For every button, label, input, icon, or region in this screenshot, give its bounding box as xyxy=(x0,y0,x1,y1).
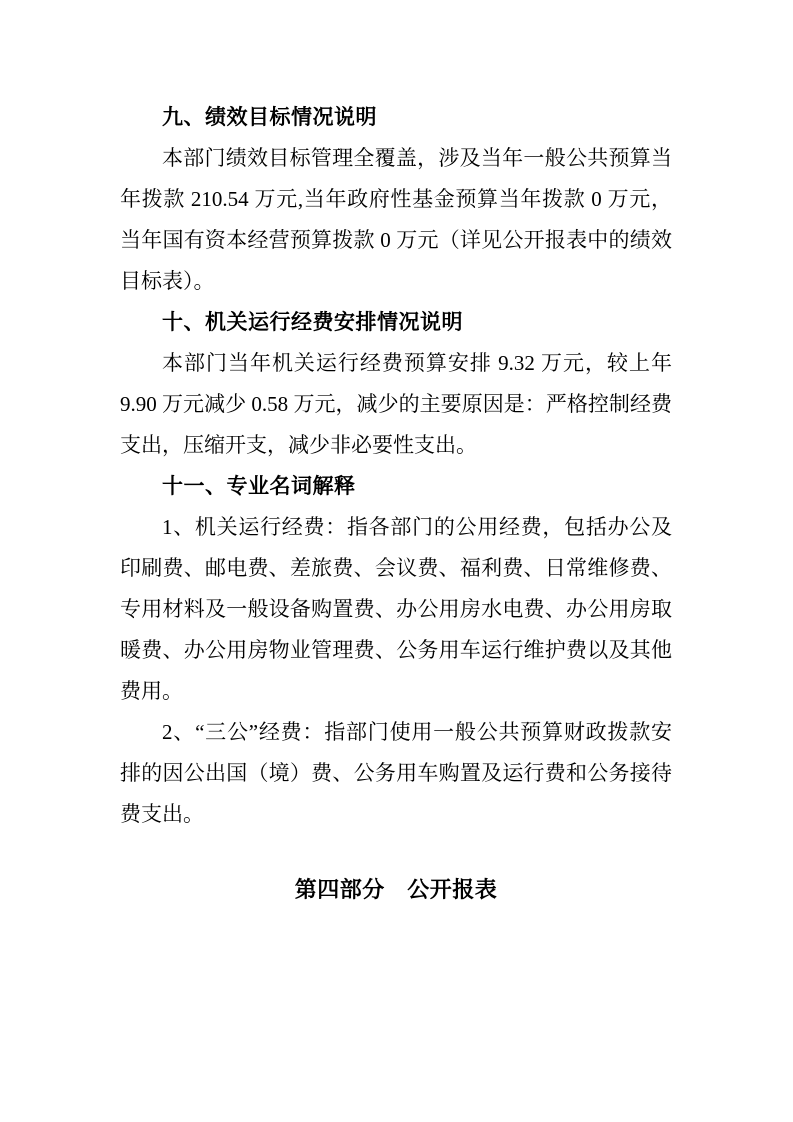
section-heading-performance-targets: 九、绩效目标情况说明 xyxy=(120,97,672,138)
document-page: 九、绩效目标情况说明 本部门绩效目标管理全覆盖，涉及当年一般公共预算当年拨款 2… xyxy=(0,0,793,1122)
section-heading-operating-expenses: 十、机关运行经费安排情况说明 xyxy=(120,302,672,343)
paragraph-performance-targets: 本部门绩效目标管理全覆盖，涉及当年一般公共预算当年拨款 210.54 万元,当年… xyxy=(120,138,672,302)
document-content: 九、绩效目标情况说明 本部门绩效目标管理全覆盖，涉及当年一般公共预算当年拨款 2… xyxy=(120,97,672,910)
part-four-title: 第四部分 公开报表 xyxy=(120,869,672,910)
paragraph-term-operating-funds: 1、机关运行经费：指各部门的公用经费，包括办公及印刷费、邮电费、差旅费、会议费、… xyxy=(120,507,672,712)
paragraph-term-three-public-funds: 2、“三公”经费：指部门使用一般公共预算财政拨款安排的因公出国（境）费、公务用车… xyxy=(120,712,672,835)
section-heading-terminology: 十一、专业名词解释 xyxy=(120,466,672,507)
paragraph-operating-expenses: 本部门当年机关运行经费预算安排 9.32 万元，较上年 9.90 万元减少 0.… xyxy=(120,343,672,466)
